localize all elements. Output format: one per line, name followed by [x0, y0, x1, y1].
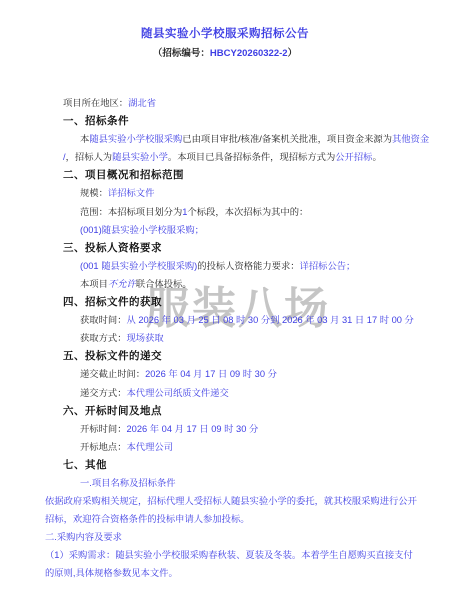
- heading-tender-conditions: 一、招标条件: [63, 112, 450, 130]
- text-run: 已由项目审批/核准/备案机关批准，项目资金来源为: [182, 134, 392, 144]
- text-run: 四、招标文件的获取: [63, 296, 162, 308]
- text-run: 二、项目概况和招标范围: [63, 169, 184, 181]
- text-run: 详招标文件: [108, 188, 155, 198]
- line-project-region: 项目所在地区：湖北省: [63, 94, 450, 112]
- text-run: 从 2026 年 03 月 25 日 08 时 30 分到 2026 年 03 …: [127, 315, 414, 325]
- text-run: 六、开标时间及地点: [63, 405, 162, 417]
- document-lines: 项目所在地区：湖北省 一、招标条件 本随县实验小学校服采购已由项目审批/核准/备…: [0, 94, 450, 583]
- announcement-page: 服装八场 随县实验小学校服采购招标公告 （招标编号：HBCY20260322-2…: [0, 0, 450, 600]
- line-scale: 规模：详招标文件: [80, 184, 450, 202]
- text-run: 本代理公司纸质文件递交: [127, 388, 229, 398]
- text-run: 依据政府采购相关规定，招标代理人受招标人随县实验小学的委托，就其校服采购进行公开: [45, 496, 417, 506]
- text-run: 随县实验小学: [112, 152, 168, 162]
- text-run: 湖北省: [128, 98, 156, 108]
- line-other-item-2: 二.采购内容及要求: [45, 528, 450, 546]
- text-run: 一.项目名称及招标条件: [80, 478, 176, 488]
- heading-project-scope: 二、项目概况和招标范围: [63, 166, 450, 184]
- text-run: 规模：: [80, 188, 108, 198]
- line-acquisition-method: 获取方式：现场获取: [80, 329, 450, 347]
- line-submission-method: 递交方式：本代理公司纸质文件递交: [80, 384, 450, 402]
- line-conditions-2: /，招标人为随县实验小学。本项目已具备招标条件，现招标方式为公开招标。: [63, 148, 450, 166]
- page-title: 随县实验小学校服采购招标公告: [0, 0, 450, 42]
- text-run: 范围：本招标项目划分为: [80, 207, 182, 217]
- line-other-para-1a: 依据政府采购相关规定，招标代理人受招标人随县实验小学的委托，就其校服采购进行公开: [45, 492, 450, 510]
- heading-others: 七、其他: [63, 456, 450, 474]
- document-body: 随县实验小学校服采购招标公告 （招标编号：HBCY20260322-2） 项目所…: [0, 0, 450, 583]
- text-run: 二.采购内容及要求: [45, 532, 122, 542]
- text-run: 公开招标: [335, 152, 372, 162]
- text-run: 2026 年 04 月 17 日 09 时 30 分: [127, 424, 259, 434]
- text-run: 其他资金: [392, 134, 429, 144]
- text-run: 递交截止时间：: [80, 369, 145, 379]
- text-run: 获取时间：: [80, 315, 127, 325]
- line-acquisition-time: 获取时间：从 2026 年 03 月 25 日 08 时 30 分到 2026 …: [80, 311, 450, 329]
- text-run: 本: [80, 134, 89, 144]
- text-run: 本代理公司: [127, 442, 174, 452]
- text-run: 招标，欢迎符合资格条件的投标申请人参加投标。: [45, 514, 250, 524]
- text-run: 随县实验小学校服采购: [89, 134, 182, 144]
- tender-number-code: HBCY20260322-2: [210, 48, 288, 59]
- text-run: 开标时间：: [80, 424, 127, 434]
- text-run: 。本项目已具备招标条件，现招标方式为: [168, 152, 335, 162]
- line-consortium: 本项目不允许联合体投标。: [80, 275, 450, 293]
- heading-bidder-qualification: 三、投标人资格要求: [63, 239, 450, 257]
- line-other-para-1b: 招标，欢迎符合资格条件的投标申请人参加投标。: [45, 510, 450, 528]
- text-run: 的原则,具体规格参数见本文件。: [45, 568, 178, 578]
- text-run: 七、其他: [63, 459, 107, 471]
- text-run: ，招标人为: [66, 152, 113, 162]
- heading-bid-submission: 五、投标文件的递交: [63, 347, 450, 365]
- heading-document-acquisition: 四、招标文件的获取: [63, 293, 450, 311]
- text-run: (001 随县实验小学校服采购): [80, 261, 197, 271]
- text-run: 详招标公告；: [300, 261, 356, 271]
- text-run: 一、招标条件: [63, 115, 129, 127]
- text-run: 三、投标人资格要求: [63, 242, 162, 254]
- text-run: 的投标人资格能力要求：: [197, 261, 299, 271]
- line-other-para-2b: 的原则,具体规格参数见本文件。: [45, 564, 450, 582]
- text-run: （1）采购需求：随县实验小学校服采购春秋装、夏装及冬装。本着学生自愿购买直接支付: [45, 550, 413, 560]
- text-run: (001)随县实验小学校服采购；: [80, 225, 204, 235]
- text-run: 开标地点：: [80, 442, 127, 452]
- line-other-item-1: 一.项目名称及招标条件: [80, 474, 450, 492]
- line-opening-time: 开标时间：2026 年 04 月 17 日 09 时 30 分: [80, 420, 450, 438]
- text-run: 现场获取: [127, 333, 164, 343]
- text-run: 获取方式：: [80, 333, 127, 343]
- line-submission-deadline: 递交截止时间：2026 年 04 月 17 日 09 时 30 分: [80, 365, 450, 383]
- line-lot-001: (001)随县实验小学校服采购；: [80, 221, 450, 239]
- line-qualification: (001 随县实验小学校服采购)的投标人资格能力要求：详招标公告；: [80, 257, 450, 275]
- line-scope: 范围：本招标项目划分为1个标段，本次招标为其中的：: [80, 203, 450, 221]
- heading-bid-opening: 六、开标时间及地点: [63, 402, 450, 420]
- line-opening-place: 开标地点：本代理公司: [80, 438, 450, 456]
- text-run: 项目所在地区：: [63, 98, 128, 108]
- line-other-para-2a: （1）采购需求：随县实验小学校服采购春秋装、夏装及冬装。本着学生自愿购买直接支付: [45, 546, 450, 564]
- tender-number-line: （招标编号：HBCY20260322-2）: [0, 47, 450, 60]
- text-run: 递交方式：: [80, 388, 127, 398]
- text-run: 联合体投标。: [136, 279, 192, 289]
- text-run: 。: [372, 152, 381, 162]
- text-run: 不允许: [108, 279, 136, 289]
- text-run: 个标段，本次招标为其中的：: [187, 207, 308, 217]
- line-conditions-1: 本随县实验小学校服采购已由项目审批/核准/备案机关批准，项目资金来源为其他资金: [80, 130, 450, 148]
- tender-number-suffix: ）: [288, 48, 298, 59]
- text-run: 2026 年 04 月 17 日 09 时 30 分: [145, 369, 277, 379]
- text-run: 五、投标文件的递交: [63, 350, 162, 362]
- tender-number-prefix: （招标编号：: [153, 48, 210, 59]
- text-run: 本项目: [80, 279, 108, 289]
